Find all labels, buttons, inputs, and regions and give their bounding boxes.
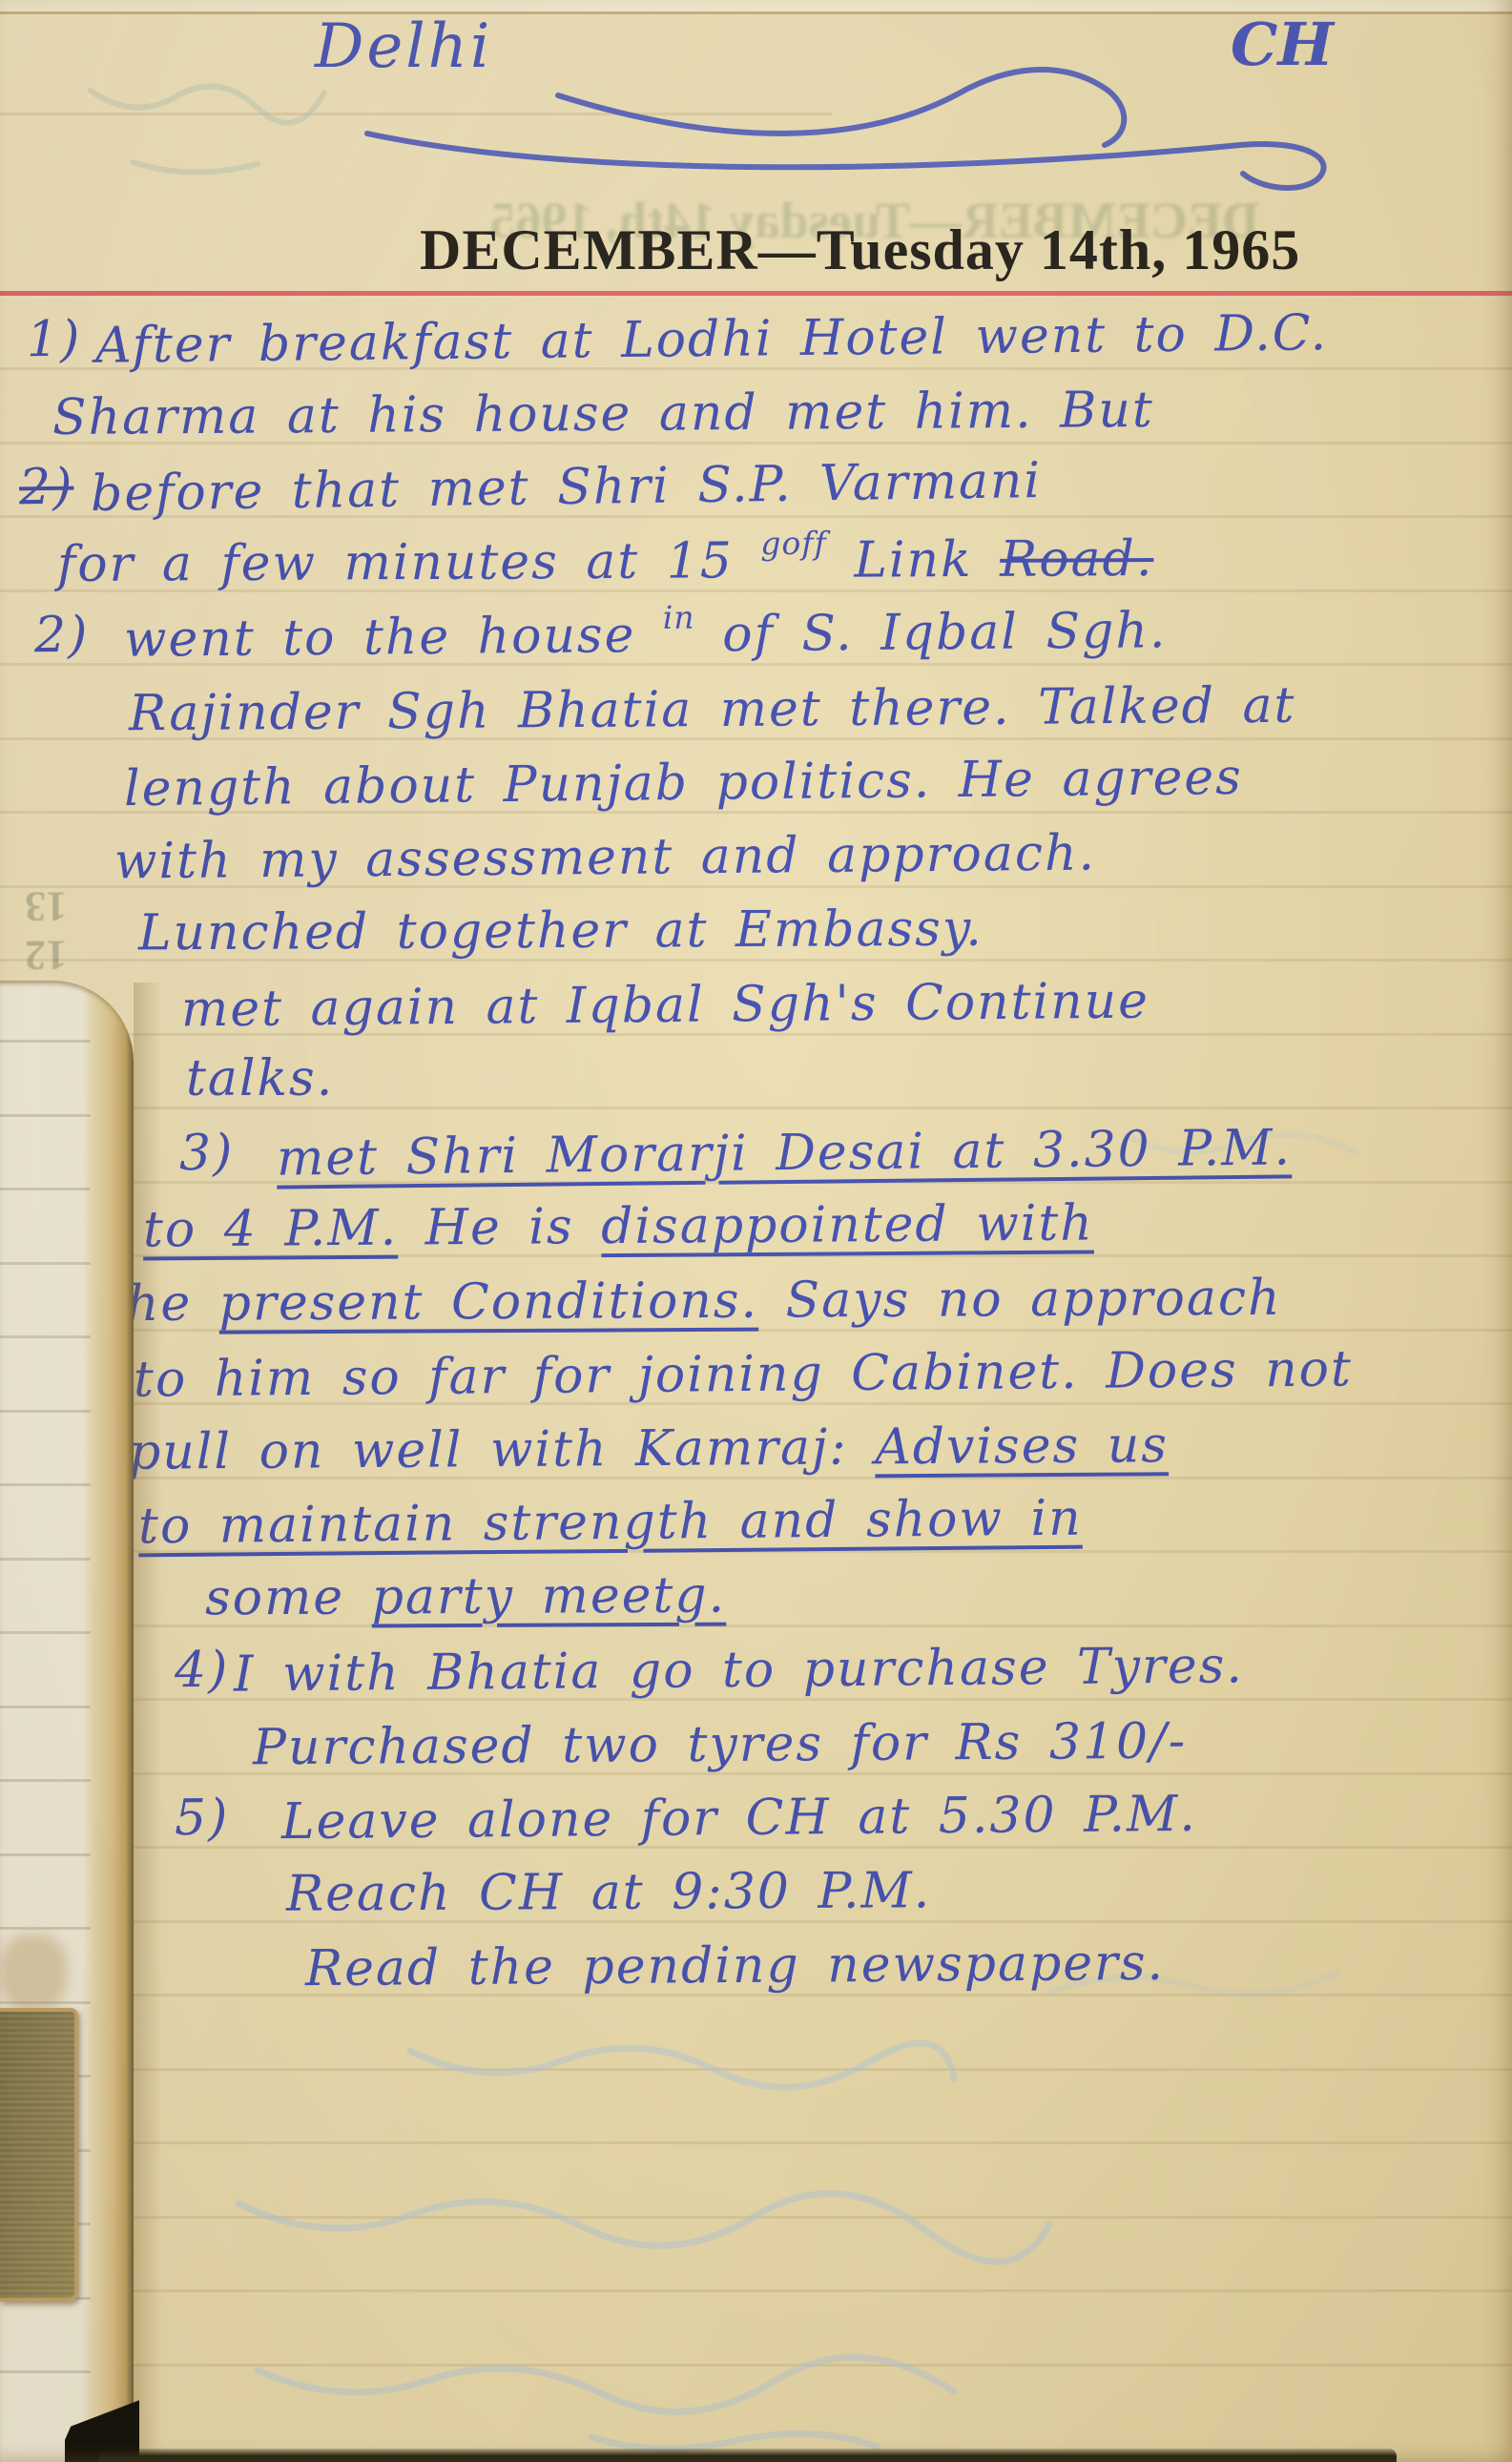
diary-text-segment: talks. <box>186 1050 334 1107</box>
underpage-ruled-line <box>0 1040 91 1043</box>
diary-line: to 4 P.M. He is disappointed with <box>143 1199 1094 1255</box>
diary-text-segment: to him so far for joining Cabinet. Does … <box>134 1340 1353 1408</box>
diary-text-segment: some <box>205 1569 372 1627</box>
diary-text-segment: to 4 P.M. <box>143 1200 399 1259</box>
diary-text-segment: Purchased two tyres for Rs 310/- <box>253 1713 1188 1777</box>
diary-text-segment: pull on well with Kamraj: <box>129 1418 876 1480</box>
underpage-ruled-line <box>0 1631 91 1634</box>
diary-text-segment: disappointed with <box>601 1195 1094 1256</box>
diary-line: to him so far for joining Cabinet. Does … <box>134 1344 1353 1404</box>
diary-text-segment: Reach CH at 9:30 P.M. <box>286 1862 932 1923</box>
diary-text-segment: Lunched together at Embassy. <box>138 900 984 962</box>
ruled-line <box>0 2364 1512 2367</box>
margin-ghost-numbers: 12 13 <box>25 882 67 979</box>
underpage-ruled-line <box>0 1335 91 1338</box>
ruled-line <box>0 2289 1512 2292</box>
underpage-ruled-line <box>0 2370 91 2373</box>
printed-date-header: DECEMBER—Tuesday 14th, 1965 <box>420 217 1250 283</box>
diary-text-segment: length about Punjab politics. He agrees <box>124 749 1243 817</box>
diary-text-segment: Read the pending newspapers. <box>305 1934 1165 1997</box>
ruled-line <box>0 2068 1512 2071</box>
diary-text-segment: Advises us <box>875 1417 1169 1476</box>
previous-page-edge-stack <box>0 981 134 2462</box>
diary-line: Read the pending newspapers. <box>305 1938 1165 1994</box>
underpage-ruled-line <box>0 1483 91 1486</box>
diary-text-segment: Says no approach <box>758 1270 1282 1330</box>
diary-line: Rajinder Sgh Bhatia met there. Talked at <box>129 681 1296 739</box>
diary-line: After breakfast at Lodhi Hotel went to D… <box>95 308 1329 371</box>
diary-text-segment: He is <box>398 1198 601 1256</box>
entry-number: 4) <box>175 1645 230 1695</box>
diary-line: talks. <box>186 1054 334 1104</box>
diary-text-segment: Rajinder Sgh Bhatia met there. Talked at <box>129 677 1296 743</box>
underpage-ruled-line <box>0 1853 91 1856</box>
scanner-background-bottom-strip <box>99 2449 1397 2462</box>
diary-line: some party meetg. <box>205 1571 726 1624</box>
diary-line: pull on well with Kamraj: Advises us <box>129 1420 1169 1478</box>
underpage-ruled-line <box>0 1410 91 1413</box>
underpage-ruled-line <box>0 1779 91 1782</box>
margin-ghost-number: 12 <box>25 931 67 980</box>
entry-number: 3) <box>179 1128 235 1179</box>
diary-text-segment: Sharma at his house and met him. But <box>52 382 1154 446</box>
diary-line: Leave alone for CH at 5.30 P.M. <box>281 1790 1197 1847</box>
diary-line: for a few minutes at 15 goff Link Road. <box>57 534 1154 590</box>
diary-line: met Shri Morarji Desai at 3.30 P.M. <box>277 1123 1292 1183</box>
entry-number: 2) <box>19 463 74 513</box>
diary-text-segment: I with Bhatia go to purchase Tyres. <box>234 1637 1244 1703</box>
underpage-ruled-line <box>0 1114 91 1117</box>
diary-text-segment: met Shri Morarji Desai at 3.30 P.M. <box>277 1119 1293 1187</box>
ruled-line <box>0 2216 1512 2219</box>
diary-text-segment: Road. <box>1000 530 1154 589</box>
diary-text-segment: of S. Iqbal Sgh. <box>694 602 1167 663</box>
diary-text-segment: went to the house <box>124 607 663 669</box>
diary-line: Lunched together at Embassy. <box>138 904 984 959</box>
diary-text-segment: to maintain strength and show in <box>138 1490 1083 1556</box>
diary-text-segment: Link <box>827 531 1001 590</box>
diary-line: with my assessment and approach. <box>114 829 1096 887</box>
diary-text-segment: present Conditions. <box>219 1272 759 1333</box>
ruled-line <box>0 2141 1512 2144</box>
entry-number: 1) <box>27 315 82 365</box>
diary-text-segment: with my assessment and approach. <box>114 825 1096 891</box>
diary-line: before that met Shri S.P. Varmani <box>91 456 1043 519</box>
entry-number: 5) <box>175 1793 230 1843</box>
red-rule <box>0 291 1512 296</box>
underpage-ruled-line <box>0 1262 91 1265</box>
diary-text-segment: for a few minutes at 15 <box>57 532 761 593</box>
underpage-ruled-line <box>0 1188 91 1190</box>
diary-text-segment: before that met Shri S.P. Varmani <box>91 452 1043 523</box>
underpage-ruled-line <box>0 1706 91 1708</box>
paper-stain <box>0 1934 67 2011</box>
diary-text-segment: met again at Iqbal Sgh's Continue <box>181 973 1150 1039</box>
diary-line: met again at Iqbal Sgh's Continue <box>181 977 1150 1035</box>
diary-text-segment: in <box>663 599 695 636</box>
diary-line: to maintain strength and show in <box>138 1494 1083 1552</box>
diary-line: Purchased two tyres for Rs 310/- <box>253 1717 1188 1773</box>
underpage-ruled-line <box>0 1558 91 1561</box>
underpage-ruled-line <box>0 1927 91 1930</box>
entry-number: 2) <box>34 610 90 660</box>
ruled-line <box>0 113 832 115</box>
diary-text-segment: Leave alone for CH at 5.30 P.M. <box>281 1786 1197 1851</box>
diary-line: the present Conditions. Says no approach <box>105 1273 1282 1329</box>
diary-text-segment: goff <box>760 525 827 562</box>
diary-line: went to the house in of S. Iqbal Sgh. <box>124 606 1168 665</box>
ruled-line <box>0 1920 1512 1923</box>
page-curl-shadow <box>134 983 162 2462</box>
handwritten-location: Delhi <box>315 11 492 82</box>
diary-line: I with Bhatia go to purchase Tyres. <box>234 1641 1244 1699</box>
diary-page-scan: DECEMBER—Tuesday 14th, 1965 Delhi CH DEC… <box>0 0 1512 2462</box>
diary-text-segment: After breakfast at Lodhi Hotel went to D… <box>95 304 1329 375</box>
margin-ghost-number: 13 <box>25 882 67 931</box>
old-tape-patch <box>0 2008 78 2302</box>
diary-line: length about Punjab politics. He agrees <box>124 753 1243 814</box>
diary-line: Sharma at his house and met him. But <box>52 385 1154 443</box>
diary-text-segment: party meetg. <box>371 1567 726 1626</box>
handwritten-destination: CH <box>1231 10 1334 79</box>
diary-line: Reach CH at 9:30 P.M. <box>286 1866 931 1919</box>
